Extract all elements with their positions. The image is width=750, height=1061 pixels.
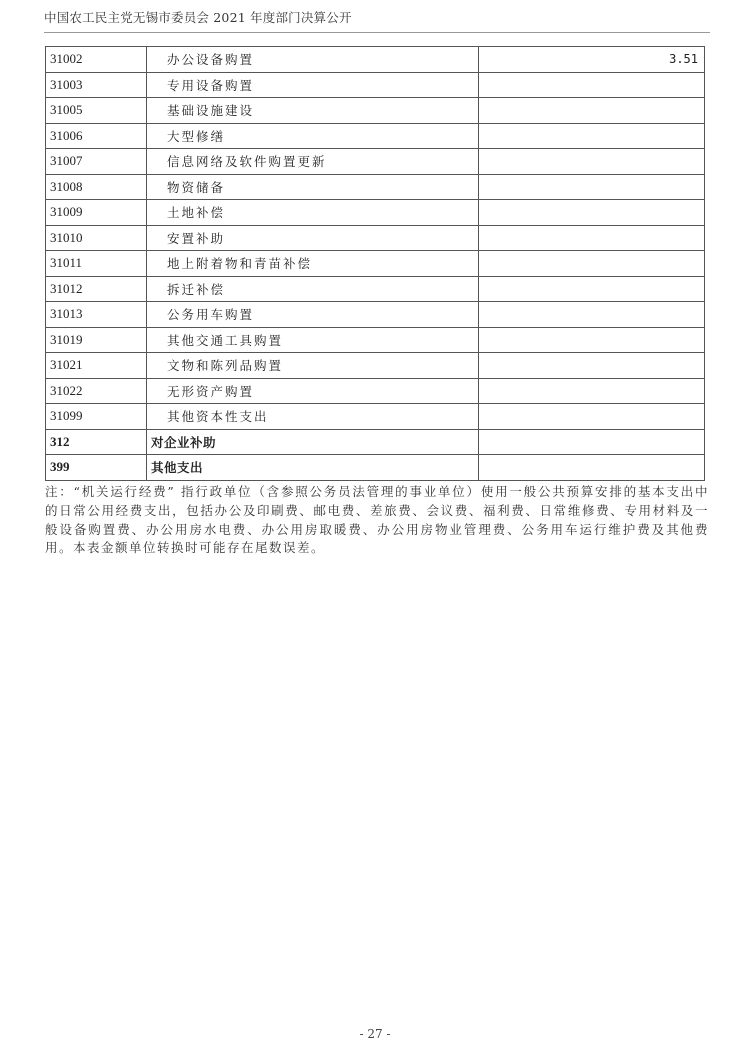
name-cell: 其他支出	[147, 455, 479, 481]
table-row: 31007信息网络及软件购置更新	[46, 149, 705, 175]
code-cell: 31003	[46, 72, 147, 98]
name-cell: 信息网络及软件购置更新	[147, 149, 479, 175]
table-row: 31005基础设施建设	[46, 98, 705, 124]
table-row: 31006大型修缮	[46, 123, 705, 149]
name-cell: 无形资产购置	[147, 378, 479, 404]
table-row: 31003专用设备购置	[46, 72, 705, 98]
amount-cell	[479, 98, 705, 124]
name-cell: 拆迁补偿	[147, 276, 479, 302]
amount-cell: 3.51	[479, 47, 705, 73]
table-row: 312对企业补助	[46, 429, 705, 455]
amount-cell	[479, 200, 705, 226]
amount-cell	[479, 455, 705, 481]
name-cell: 基础设施建设	[147, 98, 479, 124]
code-cell: 31006	[46, 123, 147, 149]
code-cell: 399	[46, 455, 147, 481]
code-cell: 31099	[46, 404, 147, 430]
code-cell: 31002	[46, 47, 147, 73]
table-row: 31008物资储备	[46, 174, 705, 200]
page-header: 中国农工民主党无锡市委员会 2021 年度部门决算公开	[44, 8, 710, 33]
code-cell: 31011	[46, 251, 147, 277]
table-row: 31010安置补助	[46, 225, 705, 251]
code-cell: 31013	[46, 302, 147, 328]
table-row: 31021文物和陈列品购置	[46, 353, 705, 379]
table-row: 31022无形资产购置	[46, 378, 705, 404]
code-cell: 31022	[46, 378, 147, 404]
amount-cell	[479, 404, 705, 430]
name-cell: 其他资本性支出	[147, 404, 479, 430]
amount-cell	[479, 149, 705, 175]
code-cell: 31009	[46, 200, 147, 226]
amount-cell	[479, 123, 705, 149]
code-cell: 31012	[46, 276, 147, 302]
amount-cell	[479, 429, 705, 455]
name-cell: 土地补偿	[147, 200, 479, 226]
amount-cell	[479, 327, 705, 353]
amount-cell	[479, 251, 705, 277]
name-cell: 安置补助	[147, 225, 479, 251]
amount-cell	[479, 72, 705, 98]
footnote: 注：“机关运行经费” 指行政单位（含参照公务员法管理的事业单位）使用一般公共预算…	[45, 483, 709, 558]
name-cell: 文物和陈列品购置	[147, 353, 479, 379]
code-cell: 31019	[46, 327, 147, 353]
table-body: 31002办公设备购置3.5131003专用设备购置31005基础设施建设310…	[46, 47, 705, 481]
code-cell: 31008	[46, 174, 147, 200]
name-cell: 地上附着物和青苗补偿	[147, 251, 479, 277]
amount-cell	[479, 378, 705, 404]
name-cell: 物资储备	[147, 174, 479, 200]
code-cell: 31007	[46, 149, 147, 175]
table-row: 31002办公设备购置3.51	[46, 47, 705, 73]
expenditure-table: 31002办公设备购置3.5131003专用设备购置31005基础设施建设310…	[45, 46, 705, 481]
amount-cell	[479, 174, 705, 200]
code-cell: 31021	[46, 353, 147, 379]
amount-cell	[479, 225, 705, 251]
table-row: 31019其他交通工具购置	[46, 327, 705, 353]
name-cell: 其他交通工具购置	[147, 327, 479, 353]
name-cell: 专用设备购置	[147, 72, 479, 98]
name-cell: 办公设备购置	[147, 47, 479, 73]
table-row: 31011地上附着物和青苗补偿	[46, 251, 705, 277]
amount-cell	[479, 302, 705, 328]
table-row: 31013公务用车购置	[46, 302, 705, 328]
name-cell: 公务用车购置	[147, 302, 479, 328]
table-row: 31009土地补偿	[46, 200, 705, 226]
table-row: 31099其他资本性支出	[46, 404, 705, 430]
table-row: 31012拆迁补偿	[46, 276, 705, 302]
code-cell: 31005	[46, 98, 147, 124]
name-cell: 对企业补助	[147, 429, 479, 455]
amount-cell	[479, 353, 705, 379]
amount-cell	[479, 276, 705, 302]
page-number: - 27 -	[0, 1027, 750, 1041]
table-row: 399其他支出	[46, 455, 705, 481]
code-cell: 312	[46, 429, 147, 455]
code-cell: 31010	[46, 225, 147, 251]
name-cell: 大型修缮	[147, 123, 479, 149]
